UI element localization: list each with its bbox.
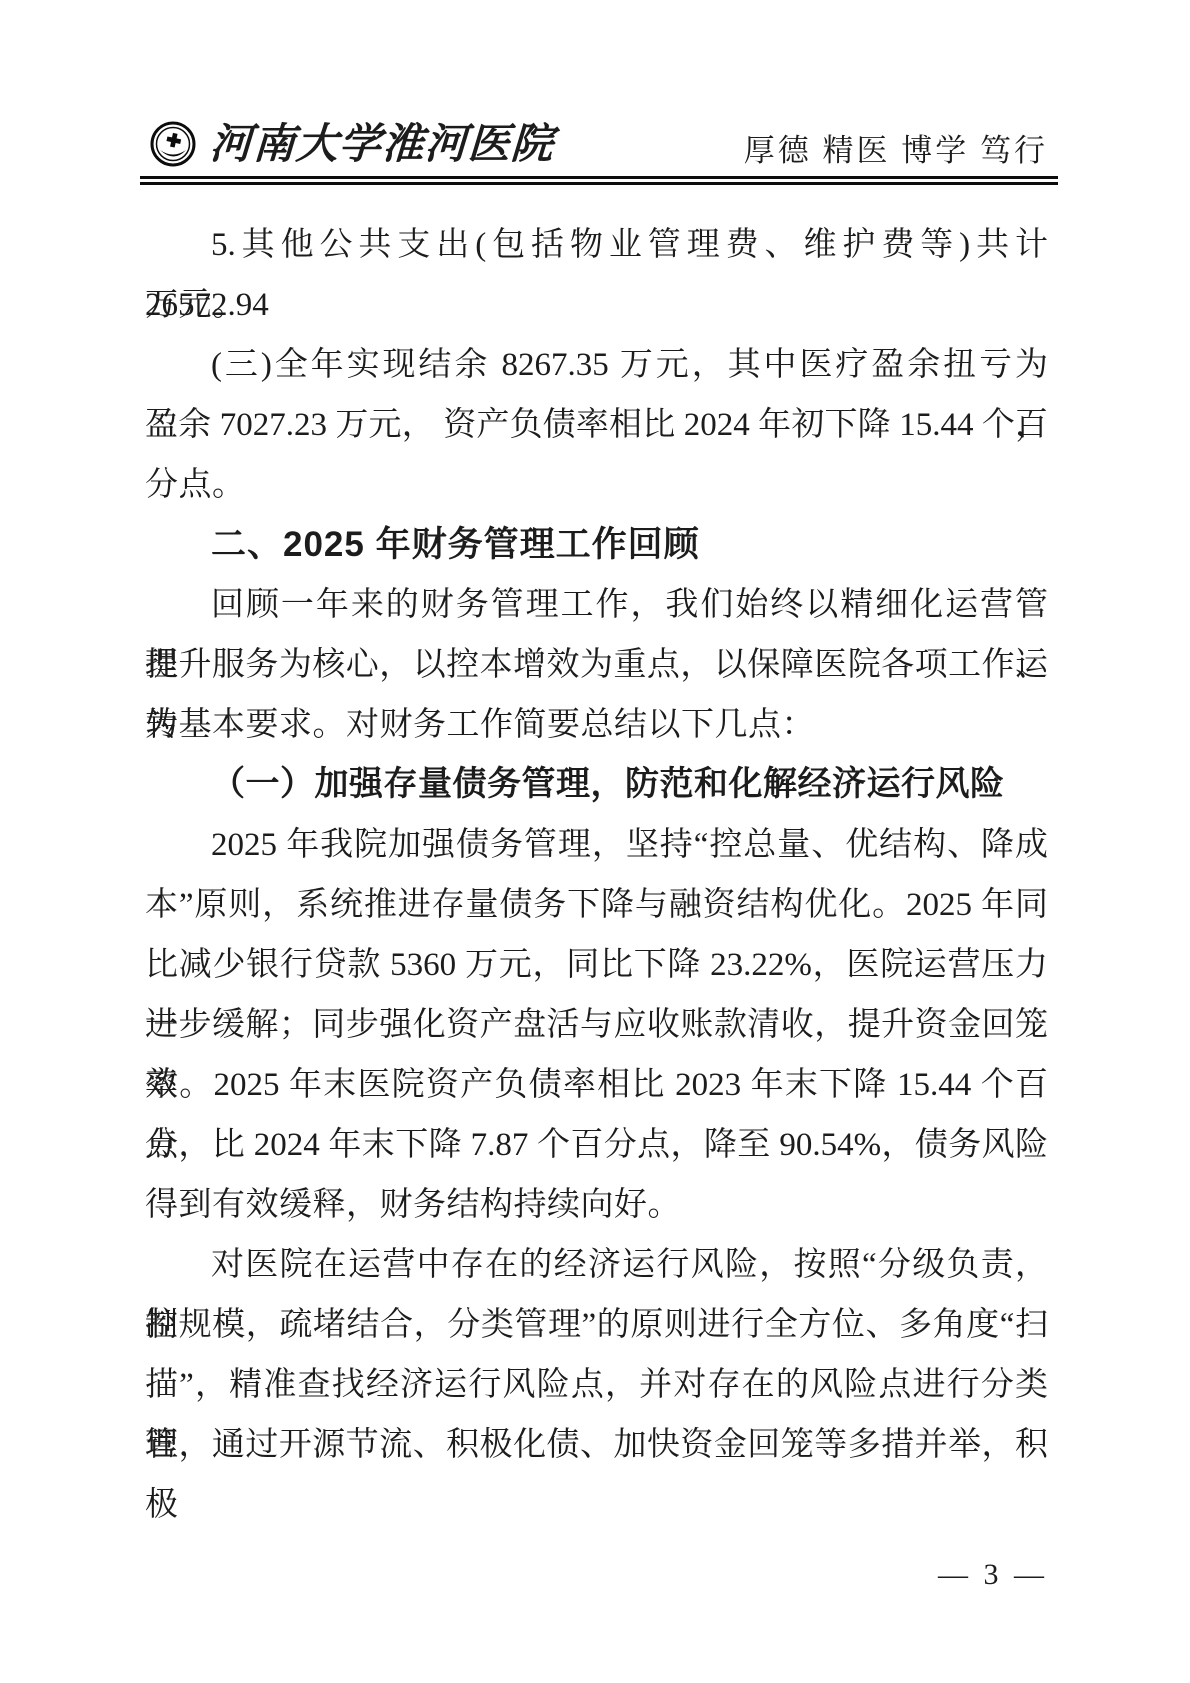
paragraph-public-expense: 5.其他公共支出(包括物业管理费、维护费等)共计 26572.94万元。 [145, 215, 1048, 335]
text-line: 为基本要求。对财务工作简要总结以下几点： [145, 695, 1048, 755]
text-line: 比减少银行贷款 5360 万元，同比下降 23.22%，医院运营压力进 [145, 935, 1048, 995]
text-line: 制规模，疏堵结合，分类管理”的原则进行全方位、多角度“扫 [145, 1295, 1048, 1355]
paragraph-review-intro: 回顾一年来的财务管理工作，我们始终以精细化运营管理、提升服务为核心，以控本增效为… [145, 575, 1048, 755]
paragraph-debt-management: 2025 年我院加强债务管理，坚持“控总量、优结构、降成本”原则，系统推进存量债… [145, 815, 1048, 1235]
text-line: 盈余 7027.23 万元， 资产负债率相比 2024 年初下降 15.44 个… [145, 395, 1048, 455]
subsection-heading-debt-management: （一）加强存量债务管理，防范和化解经济运行风险 [145, 755, 1048, 815]
text-line: 得到有效缓释，财务结构持续向好。 [145, 1175, 1048, 1235]
paragraph-annual-surplus: (三)全年实现结余 8267.35 万元，其中医疗盈余扭亏为盈，盈余 7027.… [145, 335, 1048, 515]
document-page: 河南大学淮河医院 厚德 精医 博学 笃行 5.其他公共支出(包括物业管理费、维护… [0, 0, 1190, 1683]
text-line: 本”原则，系统推进存量债务下降与融资结构优化。2025 年同 [145, 875, 1048, 935]
section-heading-2025-review: 二、2025 年财务管理工作回顾 [145, 515, 1048, 575]
text-line: （一）加强存量债务管理，防范和化解经济运行风险 [145, 755, 1048, 815]
header-motto: 厚德 精医 博学 笃行 [744, 125, 1048, 172]
header-divider [140, 176, 1058, 185]
hospital-name: 河南大学淮河医院 [208, 111, 555, 171]
text-line: 2025 年我院加强债务管理，坚持“控总量、优结构、降成 [145, 815, 1048, 875]
page-header: 河南大学淮河医院 厚德 精医 博学 笃行 [150, 110, 1048, 172]
text-line: 分点。 [145, 455, 1048, 515]
text-line: 5.其他公共支出(包括物业管理费、维护费等)共计 26572.94 [145, 215, 1048, 275]
text-line: 理，通过开源节流、积极化债、加快资金回笼等多措并举，积极 [145, 1415, 1048, 1475]
text-line: 二、2025 年财务管理工作回顾 [145, 515, 1048, 575]
text-line: 回顾一年来的财务管理工作，我们始终以精细化运营管理、 [145, 575, 1048, 635]
text-line: 点，比 2024 年末下降 7.87 个百分点，降至 90.54%，债务风险 [145, 1115, 1048, 1175]
hospital-logo-icon [150, 121, 196, 167]
text-line: 对医院在运营中存在的经济运行风险，按照“分级负责，控 [145, 1235, 1048, 1295]
page-footer: — 3 — [145, 1558, 1048, 1592]
text-line: 提升服务为核心，以控本增效为重点，以保障医院各项工作运转 [145, 635, 1048, 695]
paragraph-risk-management: 对医院在运营中存在的经济运行风险，按照“分级负责，控制规模，疏堵结合，分类管理”… [145, 1235, 1048, 1475]
text-line: 一步缓解；同步强化资产盘活与应收账款清收，提升资金回笼效 [145, 995, 1048, 1055]
page-number: — 3 — [938, 1558, 1048, 1591]
text-line: 描”，精准查找经济运行风险点，并对存在的风险点进行分类管 [145, 1355, 1048, 1415]
text-line: 率。2025 年末医院资产负债率相比 2023 年末下降 15.44 个百分 [145, 1055, 1048, 1115]
text-line: (三)全年实现结余 8267.35 万元，其中医疗盈余扭亏为盈， [145, 335, 1048, 395]
text-line: 万元。 [145, 275, 1048, 335]
document-body: 5.其他公共支出(包括物业管理费、维护费等)共计 26572.94万元。(三)全… [145, 215, 1048, 1475]
